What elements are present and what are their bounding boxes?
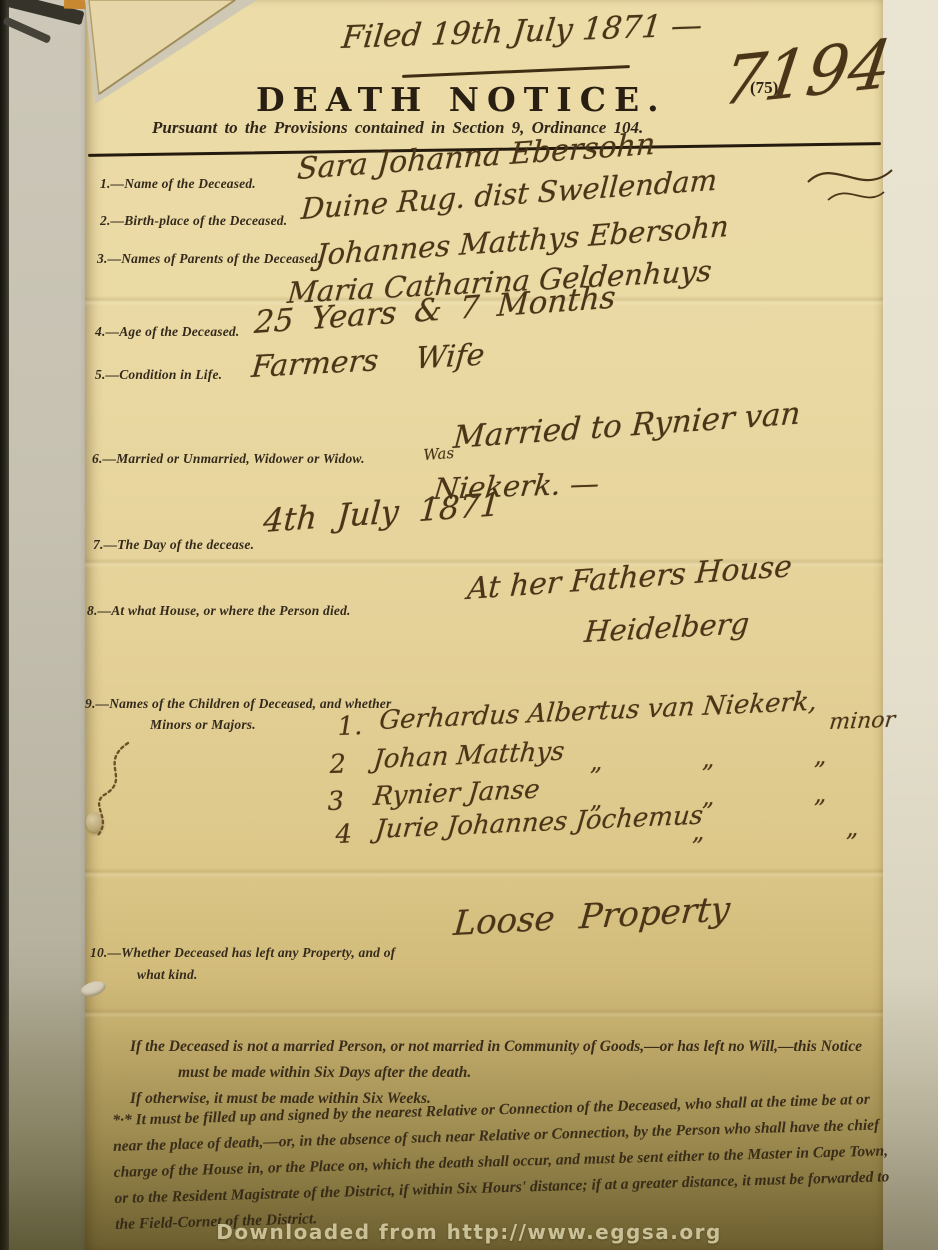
fine-print-note-3-text: It must be filled up and signed by the n…	[113, 1091, 890, 1233]
underlying-page-edge	[0, 0, 92, 1250]
scanned-death-notice-page: Filed 19th July 1871 — (75) DEATH NOTICE…	[0, 0, 938, 1250]
child-row-number: 3	[327, 786, 345, 817]
field-10-label-line2: what kind.	[137, 967, 198, 983]
child-row-ditto-marks: „ „	[691, 814, 860, 846]
field-7-label: 7.—The Day of the decease.	[93, 537, 254, 553]
field-1-label: 1.—Name of the Deceased.	[100, 176, 256, 192]
watermark-text: Downloaded from http://www.eggsa.org	[0, 1220, 938, 1244]
field-4-label: 4.—Age of the Deceased.	[95, 324, 239, 340]
ink-flourish-icon	[800, 148, 910, 218]
document-title: DEATH NOTICE.	[256, 80, 667, 119]
folded-corner	[85, 0, 265, 110]
fine-print-note-3: *·* It must be filled up and signed by t…	[112, 1086, 895, 1238]
field-5-label: 5.—Condition in Life.	[95, 367, 222, 383]
child-row-number: 1.	[337, 711, 363, 742]
field-9-label: 9.—Names of the Children of Deceased, an…	[85, 696, 391, 712]
field-6-value-prefix: Was	[423, 444, 455, 464]
margin-flourish-icon	[88, 735, 143, 845]
field-9-label-line2: Minors or Majors.	[150, 717, 256, 733]
field-2-label: 2.—Birth-place of the Deceased.	[100, 213, 287, 229]
child-row-status: minor	[828, 708, 896, 735]
field-6-label: 6.—Married or Unmarried, Widower or Wido…	[92, 451, 365, 467]
field-3-label: 3.—Names of Parents of the Deceased.	[97, 251, 321, 267]
asterism-mark: *·*	[112, 1111, 132, 1129]
child-row-number: 2	[329, 749, 347, 780]
field-10-label: 10.—Whether Deceased has left any Proper…	[90, 945, 395, 961]
child-row-number: 4	[335, 819, 353, 850]
fine-print-note-1: If the Deceased is not a married Person,…	[178, 1034, 878, 1086]
field-8-label: 8.—At what House, or where the Person di…	[87, 603, 351, 619]
book-binding-strip	[0, 0, 9, 1250]
